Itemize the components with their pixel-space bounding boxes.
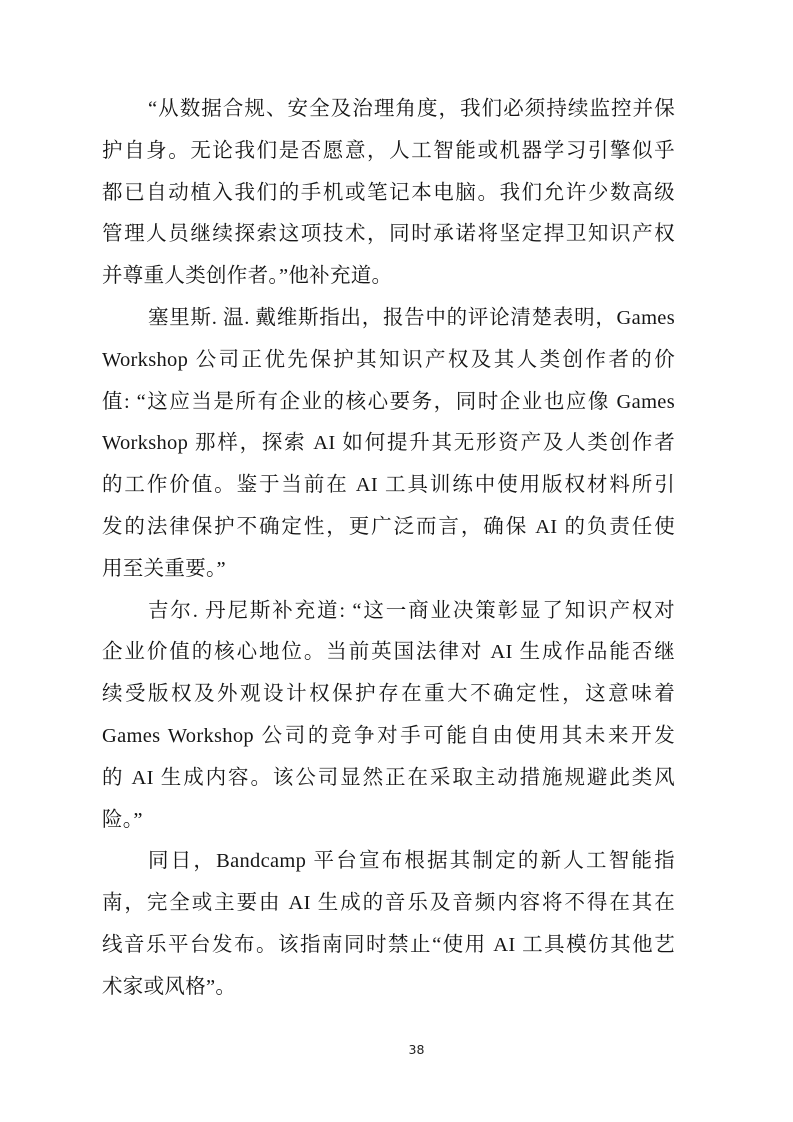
text-line: 并尊重人类创作者。”他补充道。 [102, 256, 675, 298]
text-line: 管理人员继续探索这项技术，同时承诺将坚定捍卫知识产权 [102, 214, 675, 256]
text-line: 术家或风格”。 [102, 967, 675, 1009]
document-page: “从数据合规、安全及治理角度，我们必须持续监控并保 护自身。无论我们是否愿意，人… [0, 0, 793, 1122]
text-line: 南，完全或主要由 AI 生成的音乐及音频内容将不得在其在 [102, 883, 675, 925]
text-line: 企业价值的核心地位。当前英国法律对 AI 生成作品能否继 [102, 632, 675, 674]
page-footer: 38 [0, 1041, 793, 1059]
paragraph: “从数据合规、安全及治理角度，我们必须持续监控并保 护自身。无论我们是否愿意，人… [102, 89, 675, 298]
text-line: Workshop 那样，探索 AI 如何提升其无形资产及人类创作者 [102, 423, 675, 465]
text-line: 吉尔. 丹尼斯补充道: “这一商业决策彰显了知识产权对 [102, 591, 675, 633]
text-line: 发的法律保护不确定性，更广泛而言，确保 AI 的负责任使 [102, 507, 675, 549]
text-line: Games Workshop 公司的竞争对手可能自由使用其未来开发 [102, 716, 675, 758]
paragraph: 同日，Bandcamp 平台宣布根据其制定的新人工智能指 南，完全或主要由 AI… [102, 841, 675, 1008]
text-line: 险。” [102, 800, 675, 842]
paragraph: 塞里斯. 温. 戴维斯指出，报告中的评论清楚表明，Games Workshop … [102, 298, 675, 591]
text-line: Workshop 公司正优先保护其知识产权及其人类创作者的价 [102, 340, 675, 382]
text-line: 塞里斯. 温. 戴维斯指出，报告中的评论清楚表明，Games [102, 298, 675, 340]
text-line: 都已自动植入我们的手机或笔记本电脑。我们允许少数高级 [102, 173, 675, 215]
page-number: 38 [409, 1042, 425, 1057]
text-line: 续受版权及外观设计权保护存在重大不确定性，这意味着 [102, 674, 675, 716]
text-line: 同日，Bandcamp 平台宣布根据其制定的新人工智能指 [102, 841, 675, 883]
text-line: 值: “这应当是所有企业的核心要务，同时企业也应像 Games [102, 382, 675, 424]
text-line: “从数据合规、安全及治理角度，我们必须持续监控并保 [102, 89, 675, 131]
text-line: 护自身。无论我们是否愿意，人工智能或机器学习引擎似乎 [102, 131, 675, 173]
paragraph: 吉尔. 丹尼斯补充道: “这一商业决策彰显了知识产权对 企业价值的核心地位。当前… [102, 591, 675, 842]
text-line: 用至关重要。” [102, 549, 675, 591]
text-line: 的工作价值。鉴于当前在 AI 工具训练中使用版权材料所引 [102, 465, 675, 507]
text-block: “从数据合规、安全及治理角度，我们必须持续监控并保 护自身。无论我们是否愿意，人… [102, 89, 675, 1009]
text-line: 的 AI 生成内容。该公司显然正在采取主动措施规避此类风 [102, 758, 675, 800]
text-line: 线音乐平台发布。该指南同时禁止“使用 AI 工具模仿其他艺 [102, 925, 675, 967]
